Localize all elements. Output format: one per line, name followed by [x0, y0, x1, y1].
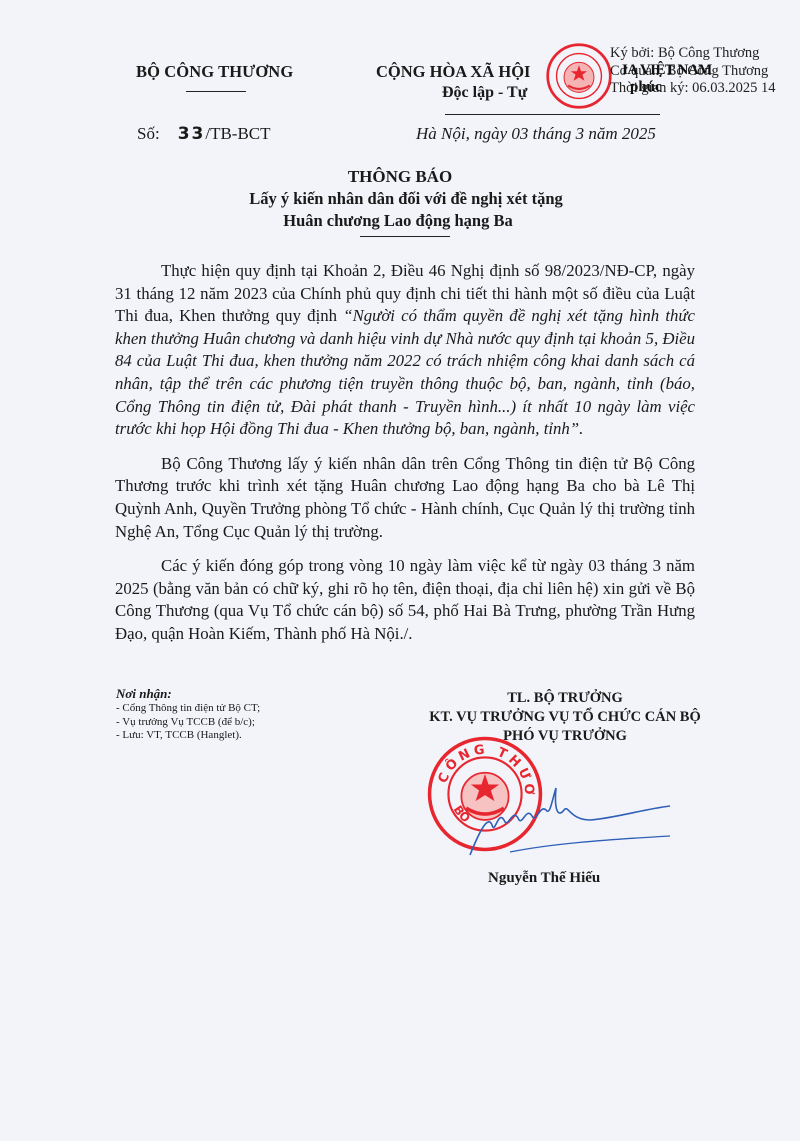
subtitle-underline [360, 236, 450, 237]
signature-block: TL. BỘ TRƯỞNG KT. VỤ TRƯỞNG VỤ TỔ CHỨC C… [380, 689, 750, 746]
national-title: CỘNG HÒA XÃ HỘI [376, 62, 530, 82]
place-and-date: Hà Nội, ngày 03 tháng 3 năm 2025 [416, 124, 656, 144]
signer-name: Nguyễn Thế Hiếu [488, 870, 600, 887]
body-paragraph-3: Các ý kiến đóng góp trong vòng 10 ngày l… [115, 555, 695, 645]
issuing-organization: BỘ CÔNG THƯƠNG [136, 62, 293, 82]
body-paragraph-2: Bộ Công Thương lấy ý kiến nhân dân trên … [115, 453, 695, 543]
document-title: THÔNG BÁO [0, 167, 800, 187]
organization-underline [186, 91, 246, 92]
signature-authority-line-3: PHÓ VỤ TRƯỞNG [380, 727, 750, 746]
document-number-value: 33 [178, 124, 206, 144]
document-page: BỘ CÔNG THƯƠNG CỘNG HÒA XÃ HỘI Độc lập -… [0, 0, 800, 1141]
motto-underline [445, 114, 660, 115]
recipient-item: - Vụ trưởng Vụ TCCB (để b/c); [116, 716, 260, 730]
document-subtitle-line-2: Huân chương Lao động hạng Ba [0, 211, 800, 231]
national-title-overlay: IA VIỆT NAM [622, 62, 712, 80]
document-subtitle-line-1: Lấy ý kiến nhân dân đối với đề nghị xét … [0, 189, 800, 209]
signed-by: Ký bởi: Bộ Công Thương [610, 45, 776, 63]
national-motto-overlay: phúc [630, 79, 662, 97]
recipients-list: Nơi nhận: - Cổng Thông tin điện tử Bộ CT… [116, 686, 260, 743]
handwritten-signature-icon [440, 780, 670, 860]
document-body: Thực hiện quy định tại Khoản 2, Điều 46 … [115, 260, 695, 658]
national-motto: Độc lập - Tự [442, 84, 527, 102]
legal-quote: “Người có thẩm quyền đề nghị xét tặng hì… [115, 306, 695, 438]
document-number: Số:33/TB-BCT [137, 124, 271, 144]
signature-authority-line-1: TL. BỘ TRƯỞNG [380, 689, 750, 708]
official-seal-top-icon [545, 42, 613, 110]
body-paragraph-1: Thực hiện quy định tại Khoản 2, Điều 46 … [115, 260, 695, 441]
digital-signature-info: Ký bởi: Bộ Công Thương Cơ quan: Bộ Công … [610, 45, 776, 98]
signature-authority-line-2: KT. VỤ TRƯỞNG VỤ TỔ CHỨC CÁN BỘ [380, 708, 750, 727]
recipient-item: - Cổng Thông tin điện tử Bộ CT; [116, 702, 260, 716]
recipients-heading: Nơi nhận: [116, 686, 260, 702]
recipient-item: - Lưu: VT, TCCB (Hanglet). [116, 729, 260, 743]
